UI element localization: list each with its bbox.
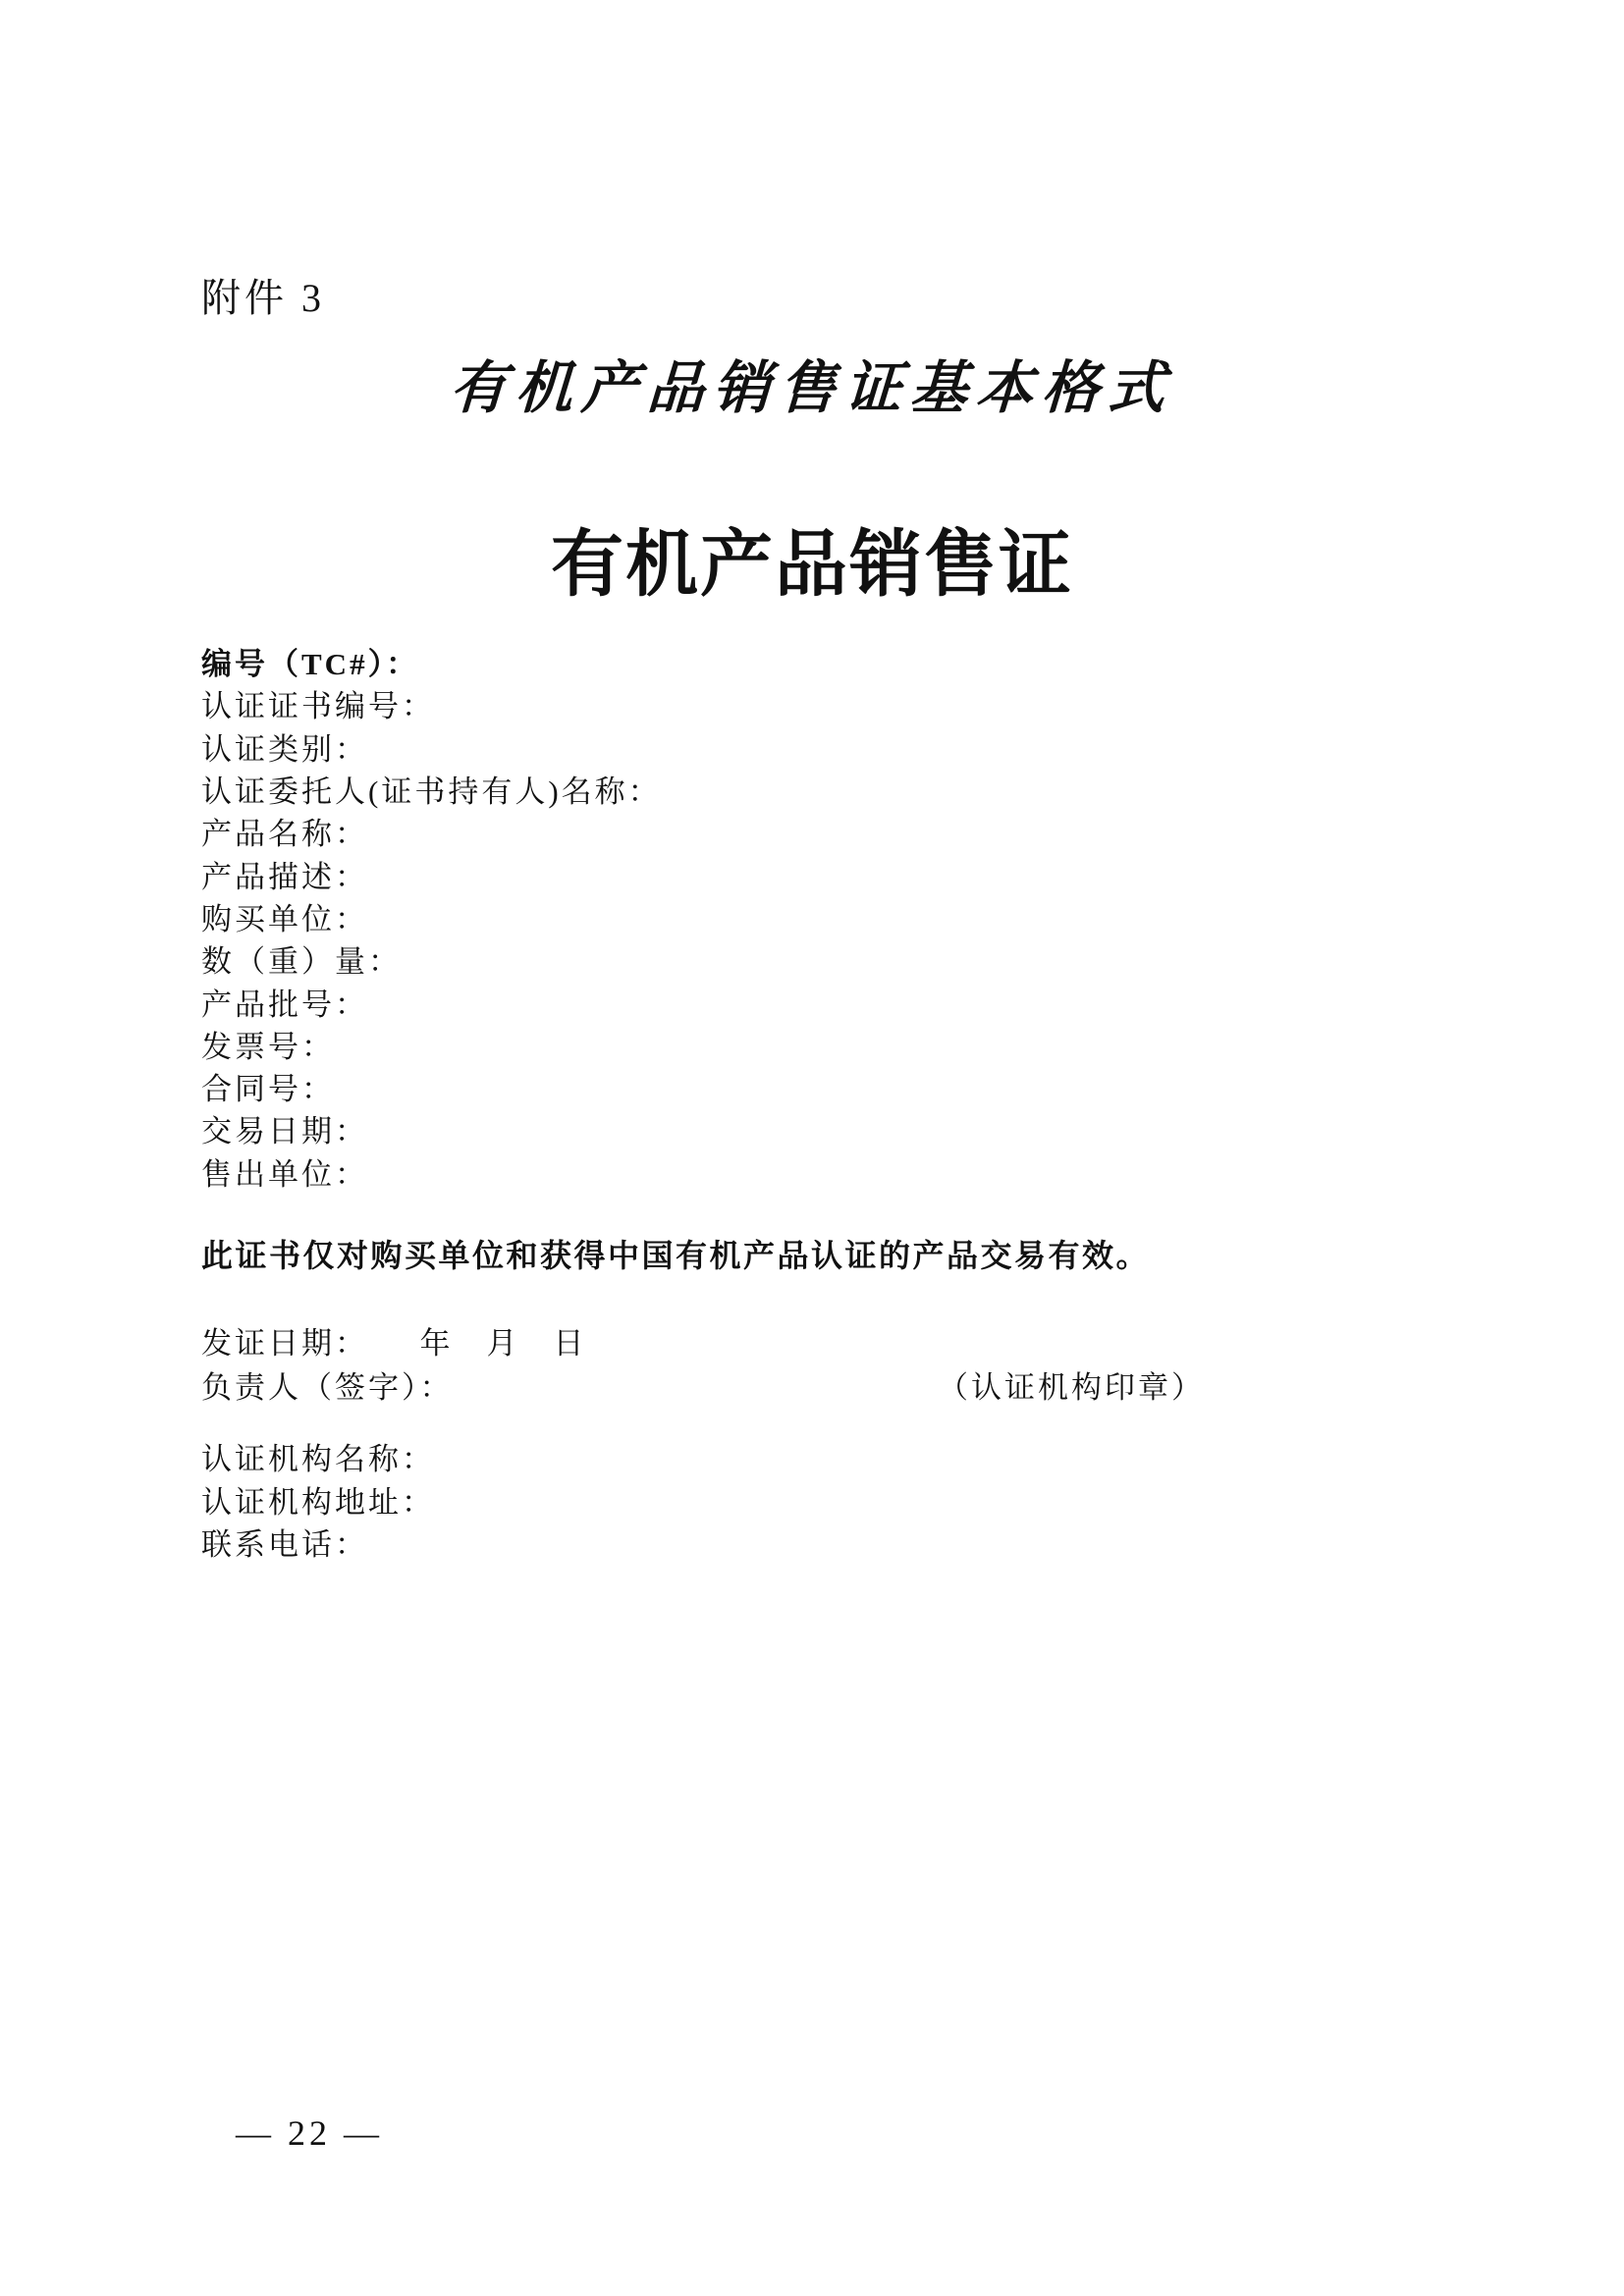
field-label-contract-number: 合同号： bbox=[201, 1065, 662, 1107]
field-label-invoice-number: 发票号： bbox=[201, 1023, 662, 1065]
calligraphy-subtitle: 有机产品销售证基本格式 bbox=[0, 342, 1624, 424]
attachment-label: 附件 3 bbox=[201, 267, 325, 323]
certification-body-seal-note: （认证机构印章） bbox=[938, 1362, 1205, 1407]
field-label-org-name: 认证机构名称： bbox=[201, 1435, 435, 1477]
field-label-seller-unit: 售出单位： bbox=[201, 1150, 662, 1193]
field-label-product-batch: 产品批号： bbox=[201, 980, 662, 1022]
certificate-form-fields: 编号（TC#）： 认证证书编号： 认证类别： 认证委托人(证书持有人)名称： 产… bbox=[201, 640, 662, 1193]
field-label-cert-holder-name: 认证委托人(证书持有人)名称： bbox=[201, 768, 662, 810]
field-label-org-address: 认证机构地址： bbox=[201, 1477, 435, 1520]
certification-body-info: 认证机构名称： 认证机构地址： 联系电话： bbox=[201, 1435, 435, 1563]
field-label-product-desc: 产品描述： bbox=[201, 852, 662, 894]
field-label-phone: 联系电话： bbox=[201, 1521, 435, 1563]
validity-statement: 此证书仅对购买单位和获得中国有机产品认证的产品交易有效。 bbox=[201, 1231, 1150, 1276]
page-number: — 22 — bbox=[236, 2112, 383, 2154]
field-label-cert-category: 认证类别： bbox=[201, 725, 662, 768]
issue-date-line: 发证日期： 年 月 日 bbox=[201, 1318, 587, 1362]
page-title: 有机产品销售证 bbox=[0, 507, 1624, 611]
document-page: 附件 3 有机产品销售证基本格式 有机产品销售证 编号（TC#）： 认证证书编号… bbox=[0, 0, 1624, 2296]
field-label-buyer-unit: 购买单位： bbox=[201, 895, 662, 937]
field-label-cert-number: 认证证书编号： bbox=[201, 682, 662, 724]
signer-label: 负责人（签字）： bbox=[201, 1362, 454, 1407]
field-label-quantity-weight: 数（重）量： bbox=[201, 937, 662, 980]
field-label-trade-date: 交易日期： bbox=[201, 1107, 662, 1149]
field-label-product-name: 产品名称： bbox=[201, 810, 662, 852]
field-label-tc-number: 编号（TC#）： bbox=[201, 640, 662, 682]
